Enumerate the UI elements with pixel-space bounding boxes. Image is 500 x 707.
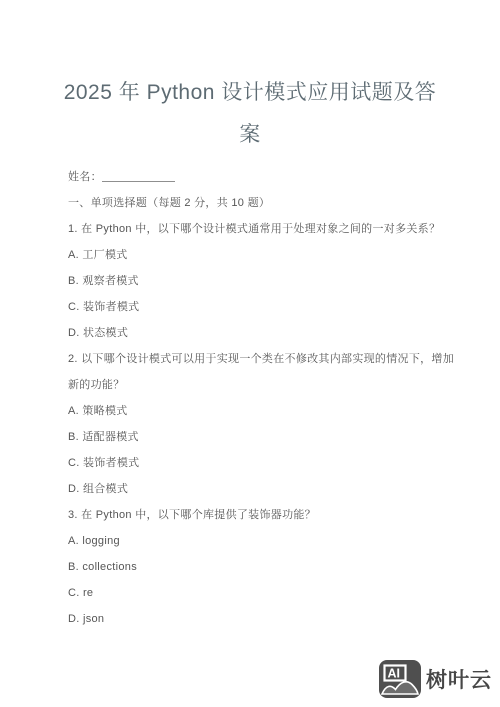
name-label: 姓名：: [68, 171, 102, 183]
question-1-option-b: B. 观察者模式: [68, 268, 478, 294]
watermark-brand: AI 树叶云: [378, 659, 492, 699]
question-2-option-b: B. 适配器模式: [68, 424, 478, 450]
question-2-text-line-2: 新的功能？: [68, 372, 478, 398]
brand-name: 树叶云: [426, 664, 492, 694]
question-2-option-a: A. 策略模式: [68, 398, 478, 424]
question-3-text: 3. 在 Python 中，以下哪个库提供了装饰器功能？: [68, 502, 478, 528]
name-blank-line: [102, 181, 175, 182]
question-3-option-d: D. json: [68, 606, 478, 632]
ai-image-icon: AI: [378, 659, 422, 699]
name-field: 姓名：: [68, 164, 478, 190]
page-title-line-2: 案: [0, 114, 500, 156]
question-3-option-a: A. logging: [68, 528, 478, 554]
page-title-line-1: 2025 年 Python 设计模式应用试题及答: [0, 72, 500, 114]
page-title: 2025 年 Python 设计模式应用试题及答 案: [0, 0, 500, 156]
document-page: 2025 年 Python 设计模式应用试题及答 案 姓名： 一、单项选择题（每…: [0, 0, 500, 707]
ai-icon-label: AI: [388, 667, 401, 681]
question-2-option-d: D. 组合模式: [68, 476, 478, 502]
document-body: 姓名： 一、单项选择题（每题 2 分，共 10 题） 1. 在 Python 中…: [0, 164, 478, 632]
question-1-option-a: A. 工厂模式: [68, 242, 478, 268]
question-2-text-line-1: 2. 以下哪个设计模式可以用于实现一个类在不修改其内部实现的情况下，增加: [68, 346, 478, 372]
question-2-option-c: C. 装饰者模式: [68, 450, 478, 476]
section-heading: 一、单项选择题（每题 2 分，共 10 题）: [68, 190, 478, 216]
question-1-option-c: C. 装饰者模式: [68, 294, 478, 320]
question-1-option-d: D. 状态模式: [68, 320, 478, 346]
question-1-text: 1. 在 Python 中，以下哪个设计模式通常用于处理对象之间的一对多关系？: [68, 216, 478, 242]
question-3-option-c: C. re: [68, 580, 478, 606]
question-3-option-b: B. collections: [68, 554, 478, 580]
